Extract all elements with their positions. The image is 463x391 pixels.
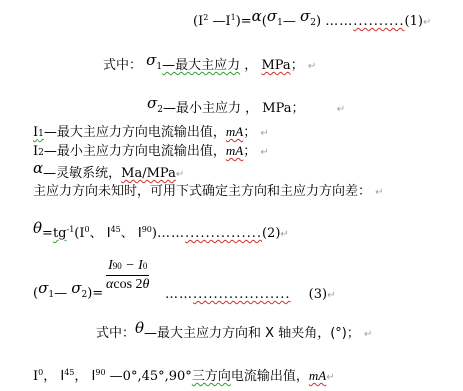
eq3-minus: — [54,286,71,301]
paragraph-mark-icon: ↵ [280,229,288,240]
eq2-open: (I [74,226,84,241]
eq1-lhs-close: )= [236,14,252,29]
sigma-sub-1: 1 [277,18,283,28]
eq1-minus: — [283,14,300,29]
semicolon: ； [292,101,305,116]
eq3-dots: …… [165,287,193,302]
eq2-equals: = [42,226,53,241]
eq2-func: tg [53,226,67,241]
paragraph-mark-icon: ↵ [260,128,268,139]
three-directions-text: 三方向 [192,369,231,384]
definition-sigma1: 式中： σ1—最大主应力 ， MPa； ↵ [103,56,316,75]
separator: 、 I [121,226,142,241]
angles-text: —0°,45°,90° [106,369,192,384]
sup-45: 45 [111,225,121,234]
eq1-lhs-open: (I [193,14,203,29]
eq1-dots: …… [325,14,353,29]
definition-I1: I1—最大主应力方向电流输出值，mA； ↵ [33,124,269,142]
sup-0: 0 [85,225,90,234]
alpha-symbol: α [33,159,43,177]
num-sub-90: 90 [113,261,122,271]
eq1-sup-2: 2 [203,13,208,22]
paragraph-mark-icon: ↵ [375,187,383,198]
definition-text: —最小主应力方向电流输出值， [44,144,226,159]
definition-text: —最大主应力 [162,58,240,73]
eq3-close: )= [87,286,103,301]
alpha-symbol: α [252,7,262,25]
sigma-sub: 1 [156,62,162,72]
definition-text: —最大主应力方向和 X 轴夹角，(°)； [144,326,360,341]
eq3-dots-underlined: ................... [193,287,291,302]
theta-symbol: θ [33,219,42,237]
num-minus: − I [122,258,143,273]
unit-label: Ma/MPa [121,166,176,181]
symbol-sub: 2 [38,148,44,158]
sup-90: 90 [142,225,152,234]
intro-text: 主应力方向未知时，可用下式确定主方向和主应力方向差： [33,184,371,199]
paragraph-mark-icon: ↵ [327,290,335,301]
separator: 、 I [90,226,111,241]
eq1-dots-underlined: .......... [353,14,404,29]
fraction-denominator: αcos 2θ [106,276,149,294]
unit-label: mA [226,143,243,158]
definition-text: 电流输出值， [231,369,309,384]
sigma-sub: 2 [157,105,163,115]
den-cos: cos 2 [113,277,142,292]
equation-1: (I2 —I1)=α(σ1— σ2) ……..........(1)↵ [193,12,431,31]
sigma-symbol: σ [71,279,81,297]
where-label: 式中： [96,326,135,341]
paragraph-mark-icon: ↵ [337,104,345,115]
symbol-sub: 1 [38,129,44,139]
where-label: 式中： [103,58,142,73]
sigma-sub-1: 1 [48,290,54,300]
sigma-symbol: σ [38,279,48,297]
definition-text: —最小主应力 [163,101,241,116]
theta-symbol: θ [135,319,144,337]
equation-3-tail: ……................... (3)↵ [165,287,335,304]
separator: ， I [74,369,95,384]
unit-label: mA [226,124,243,139]
eq1-paren-close: ) [316,14,321,29]
separator: ， I [43,369,64,384]
definition-text: —灵敏系统， [43,166,121,181]
unit-label: MPa [262,101,291,116]
definition-I2: I2—最小主应力方向电流输出值，mA； ↵ [33,143,269,161]
paragraph-mark-icon: ↵ [326,372,334,383]
eq2-sup: -1 [66,225,74,234]
sup-0: 0 [38,368,43,377]
definition-alpha: α—灵敏系统，Ma/MPa↵ [33,164,184,183]
sigma-symbol: σ [147,94,157,112]
definition-text: —最大主应力方向电流输出值， [44,125,226,140]
separator: ， [244,58,257,73]
sigma-sub-2: 2 [310,18,316,28]
eq1-lhs-minus: —I [208,14,230,29]
paragraph-mark-icon: ↵ [176,169,184,180]
equation-3: (σ1— σ2)= [33,284,103,303]
paragraph-mark-icon: ↵ [260,147,268,158]
eq2-dots: …… [157,226,185,241]
definition-theta: 式中：θ—最大主应力方向和 X 轴夹角，(°)； ↵ [96,324,372,343]
theta-symbol: θ [143,277,150,292]
paragraph-mark-icon: ↵ [364,329,372,340]
equation-2: θ=tg-1(I0、 I45、 I90)……...............(2)… [33,224,289,243]
sigma-sub-2: 2 [81,290,87,300]
fraction-numerator: I90 − I0 [106,257,149,276]
paragraph-mark-icon: ↵ [423,17,431,28]
eq1-sup-1: 1 [231,13,236,22]
unit-label: mA [309,368,326,383]
separator: ， [245,101,258,116]
definition-sigma2: σ2—最小主应力 ， MPa； ↵ [147,99,345,118]
eq3-number: (3) [309,287,327,302]
num-sub-0: 0 [143,261,148,271]
eq3-fraction: I90 − I0 αcos 2θ [106,257,149,294]
sup-90: 90 [95,368,105,377]
sigma-symbol: σ [146,51,156,69]
sigma-symbol: σ [267,7,277,25]
eq1-number: (1) [405,14,423,29]
sigma-symbol: σ [300,7,310,25]
eq2-number: (2) [262,226,280,241]
semicolon: ； [291,58,304,73]
unit-label: MPa [261,58,290,73]
semicolon: ； [243,144,256,159]
definition-I-directions: I0， I45， I90 —0°,45°,90°三方向电流输出值，mA↵ [33,368,335,386]
intro-paragraph: 主应力方向未知时，可用下式确定主方向和主应力方向差： ↵ [33,184,384,201]
semicolon: ； [243,125,256,140]
eq2-dots-underlined: ............... [185,226,262,241]
sup-45: 45 [64,368,74,377]
paragraph-mark-icon: ↵ [308,61,316,72]
